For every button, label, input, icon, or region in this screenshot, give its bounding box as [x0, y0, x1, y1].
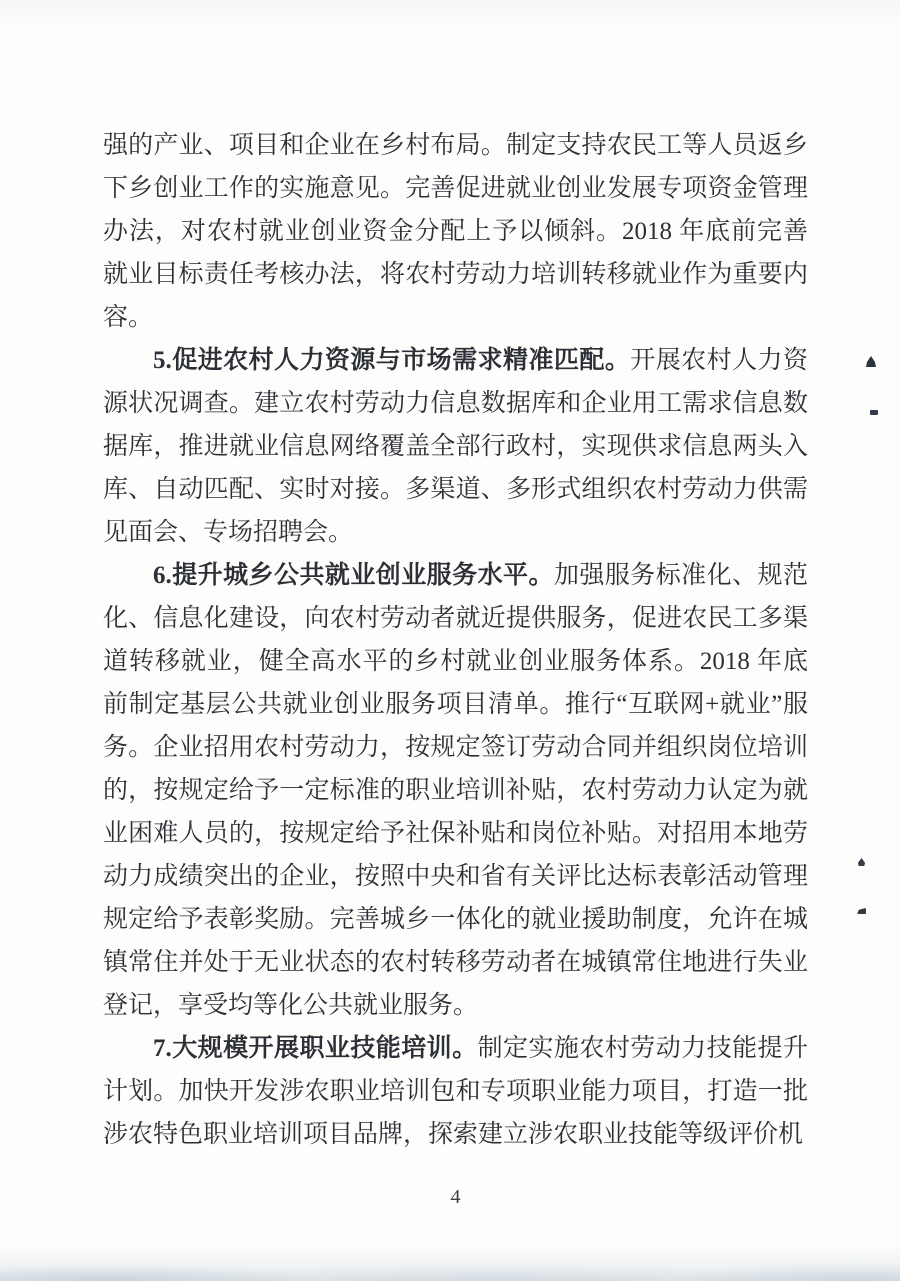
paragraph-text: 加强服务标准化、规范化、信息化建设，向农村劳动者就近提供服务，促进农民工多渠道转…: [103, 562, 808, 1019]
scan-artifact-speck: [866, 356, 876, 367]
paragraph-continuation: 强的产业、项目和企业在乡村布局。制定支持农民工等人员返乡下乡创业工作的实施意见。…: [103, 124, 808, 339]
paragraph-item-7: 7.大规模开展职业技能培训。制定实施农村劳动力技能提升计划。加快开发涉农职业培训…: [103, 1027, 808, 1156]
scan-artifact-speck: [870, 410, 878, 415]
paragraph-item-5: 5.促进农村人力资源与市场需求精准匹配。开展农村人力资源状况调查。建立农村劳动力…: [103, 339, 808, 554]
paragraph-item-6: 6.提升城乡公共就业创业服务水平。加强服务标准化、规范化、信息化建设，向农村劳动…: [103, 554, 808, 1027]
scan-artifact-speck: [858, 858, 865, 866]
paragraph-heading: 7.大规模开展职业技能培训。: [153, 1035, 478, 1062]
paragraph-heading: 5.促进农村人力资源与市场需求精准匹配。: [153, 347, 630, 374]
document-body-text: 强的产业、项目和企业在乡村布局。制定支持农民工等人员返乡下乡创业工作的实施意见。…: [103, 124, 808, 1156]
paragraph-text: 开展农村人力资源状况调查。建立农村劳动力信息数据库和企业用工需求信息数据库，推进…: [103, 347, 808, 546]
page-number: 4: [103, 1186, 808, 1209]
paragraph-text: 强的产业、项目和企业在乡村布局。制定支持农民工等人员返乡下乡创业工作的实施意见。…: [103, 132, 808, 331]
paragraph-heading: 6.提升城乡公共就业创业服务水平。: [153, 562, 554, 589]
scan-edge-shadow: [0, 1245, 900, 1281]
scanned-document-page: 强的产业、项目和企业在乡村布局。制定支持农民工等人员返乡下乡创业工作的实施意见。…: [0, 0, 900, 1281]
scan-artifact-speck: [857, 908, 866, 914]
